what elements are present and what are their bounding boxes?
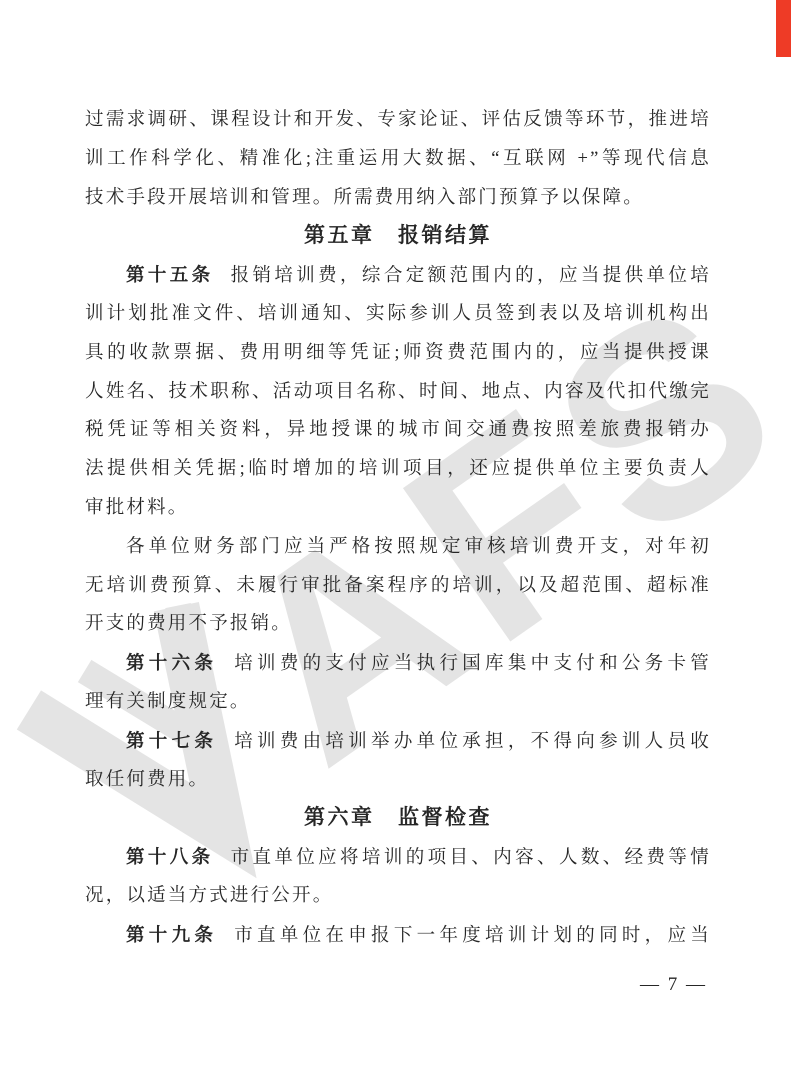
text-line: 取任何费用。 [85,761,711,800]
text-line: 训工作科学化、精准化;注重运用大数据、“互联网 +”等现代信息 [85,140,711,179]
chapter-heading: 第五章 报销结算 [85,217,711,256]
text-line-content: 培训费的支付应当执行国库集中支付和公务卡管 [234,654,711,674]
text-line: 审批材料。 [85,489,711,528]
text-line: 况，以适当方式进行公开。 [85,877,711,916]
text-line: 人姓名、技术职称、活动项目名称、时间、地点、内容及代扣代缴完 [85,373,711,412]
text-line-content: 培训费由培训举办单位承担，不得向参训人员收 [234,732,711,752]
article-number: 第十九条 [126,924,217,945]
text-line: 法提供相关凭据;临时增加的培训项目，还应提供单位主要负责人 [85,450,711,489]
text-line-content: 市直单位应将培训的项目、内容、人数、经费等情 [231,848,711,868]
text-line: 过需求调研、课程设计和开发、专家论证、评估反馈等环节，推进培 [85,101,711,140]
text-line: 理有关制度规定。 [85,683,711,722]
text-block: 过需求调研、课程设计和开发、专家论证、评估反馈等环节，推进培训工作科学化、精准化… [85,101,711,955]
text-line: 第十五条报销培训费，综合定额范围内的，应当提供单位培 [85,256,711,295]
text-line: 第十六条培训费的支付应当执行国库集中支付和公务卡管 [85,644,711,683]
page-number: — 7 — [640,974,707,996]
text-line: 具的收款票据、费用明细等凭证;师资费范围内的，应当提供授课 [85,334,711,373]
article-number: 第十六条 [126,652,217,673]
red-corner-mark [776,0,791,57]
text-line: 税凭证等相关资料，异地授课的城市间交通费按照差旅费报销办 [85,411,711,450]
text-line: 无培训费预算、未履行审批备案程序的培训，以及超范围、超标准 [85,567,711,606]
text-line: 第十八条市直单位应将培训的项目、内容、人数、经费等情 [85,838,711,877]
article-number: 第十七条 [126,730,217,751]
text-line: 技术手段开展培训和管理。所需费用纳入部门预算予以保障。 [85,179,711,218]
article-number: 第十五条 [126,264,214,285]
text-line-content: 报销培训费，综合定额范围内的，应当提供单位培 [231,266,711,286]
chapter-heading: 第六章 监督检查 [85,799,711,838]
text-line: 训计划批准文件、培训通知、实际参训人员签到表以及培训机构出 [85,295,711,334]
text-line: 开支的费用不予报销。 [85,605,711,644]
document-page: AFS 过需求调研、课程设计和开发、专家论证、评估反馈等环节，推进培训工作科学化… [0,0,793,1077]
article-number: 第十八条 [126,846,214,867]
text-line: 各单位财务部门应当严格按照规定审核培训费开支，对年初 [85,528,711,567]
text-line: 第十九条市直单位在申报下一年度培训计划的同时，应当 [85,916,711,955]
text-line-content: 市直单位在申报下一年度培训计划的同时，应当 [234,926,711,946]
text-line: 第十七条培训费由培训举办单位承担，不得向参训人员收 [85,722,711,761]
